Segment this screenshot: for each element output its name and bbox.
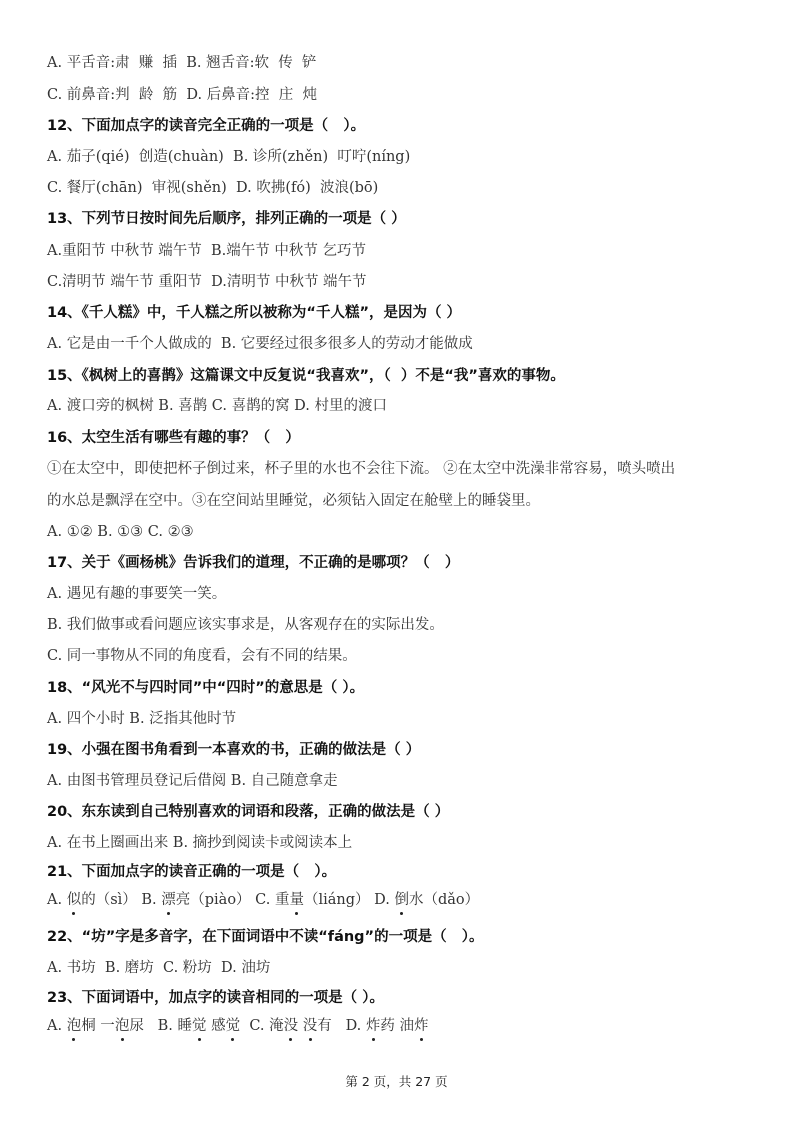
text-segment: 的（sì） B. bbox=[81, 892, 161, 908]
text-segment: 水（dǎo） bbox=[409, 892, 479, 908]
option-text: A. 似的（sì） B. 漂亮（piào） C. 重量（liáng） D. 倒水… bbox=[47, 890, 479, 910]
option-text: 的水总是飘浮在空中。③在空间站里睡觉，必须钻入固定在舱壁上的睡袋里。 bbox=[47, 491, 540, 511]
text-segment: 药 油 bbox=[380, 1018, 414, 1034]
emphasis-dot-char: 没 bbox=[303, 1016, 318, 1036]
question-text: 18、“风光不与四时同”中“四时”的意思是（ ）。 bbox=[47, 678, 364, 698]
emphasis-dot-char: 觉 bbox=[226, 1016, 241, 1036]
text-segment: 感 bbox=[207, 1018, 226, 1034]
emphasis-dot-char: 泡 bbox=[115, 1016, 130, 1036]
emphasis-dot-char: 炸 bbox=[414, 1016, 429, 1036]
option-text: B. 我们做事或看问题应该实事求是，从客观存在的实际出发。 bbox=[47, 615, 444, 635]
option-text: A. ①② B. ①③ C. ②③ bbox=[47, 522, 194, 542]
emphasis-dot-char: 倒 bbox=[394, 890, 409, 910]
text-segment: （liáng） D. bbox=[304, 892, 394, 908]
question-text: 16、太空生活有哪些有趣的事？（ ） bbox=[47, 428, 300, 448]
emphasis-dot-char: 似 bbox=[67, 890, 82, 910]
text-segment: C. 淹 bbox=[240, 1018, 284, 1034]
text-segment: 桐 一 bbox=[81, 1018, 115, 1034]
option-text: C.清明节 端午节 重阳节 D.清明节 中秋节 端午节 bbox=[47, 272, 367, 292]
question-text: 23、下面词语中，加点字的读音相同的一项是（ ）。 bbox=[47, 988, 384, 1008]
question-text: 21、下面加点字的读音正确的一项是（ ）。 bbox=[47, 862, 336, 882]
text-segment: 尿 B. 睡 bbox=[129, 1018, 192, 1034]
question-text: 13、下列节日按时间先后顺序，排列正确的一项是（ ） bbox=[47, 209, 406, 229]
option-text: A. 遇见有趣的事要笑一笑。 bbox=[47, 584, 226, 604]
question-text: 19、小强在图书角看到一本喜欢的书，正确的做法是（ ） bbox=[47, 740, 420, 760]
option-text: A. 书坊 B. 磨坊 C. 粉坊 D. 油坊 bbox=[47, 958, 270, 978]
text-segment: 亮（piào） C. 重 bbox=[176, 892, 290, 908]
emphasis-dot-char: 漂 bbox=[161, 890, 176, 910]
option-text: A. 茄子(qié) 创造(chuàn) B. 诊所(zhěn) 叮咛(níng… bbox=[47, 147, 410, 167]
question-text: 14、《千人糕》中，千人糕之所以被称为“千人糕”，是因为（ ） bbox=[47, 303, 461, 323]
option-text: A. 四个小时 B. 泛指其他时节 bbox=[47, 709, 236, 729]
option-text: A. 渡口旁的枫树 B. 喜鹊 C. 喜鹊的窝 D. 村里的渡口 bbox=[47, 396, 387, 416]
text-segment: 有 D. bbox=[317, 1018, 366, 1034]
option-text: A. 泡桐 一泡尿 B. 睡觉 感觉 C. 淹没 没有 D. 炸药 油炸 bbox=[47, 1016, 429, 1036]
option-text: A.重阳节 中秋节 端午节 B.端午节 中秋节 乞巧节 bbox=[47, 241, 366, 261]
option-text: A. 在书上圈画出来 B. 摘抄到阅读卡或阅读本上 bbox=[47, 833, 352, 853]
option-text: A. 它是由一千个人做成的 B. 它要经过很多很多人的劳动才能做成 bbox=[47, 334, 473, 354]
option-text: A. 平舌音:肃 赚 插 B. 翘舌音:软 传 铲 bbox=[47, 53, 316, 73]
text-segment: A. bbox=[47, 892, 67, 908]
text-segment: A. bbox=[47, 1018, 67, 1034]
question-text: 20、东东读到自己特别喜欢的词语和段落，正确的做法是（ ） bbox=[47, 802, 449, 822]
option-text: ①在太空中，即使把杯子倒过来，杯子里的水也不会往下流。 ②在太空中洗澡非常容易，… bbox=[47, 459, 675, 479]
question-text: 22、“坊”字是多音字，在下面词语中不读“fáng”的一项是（ ）。 bbox=[47, 927, 484, 947]
emphasis-dot-char: 炸 bbox=[366, 1016, 381, 1036]
option-text: C. 同一事物从不同的角度看，会有不同的结果。 bbox=[47, 646, 357, 666]
question-text: 15、《枫树上的喜鹊》这篇课文中反复说“我喜欢”，（ ）不是“我”喜欢的事物。 bbox=[47, 366, 565, 386]
emphasis-dot-char: 没 bbox=[284, 1016, 299, 1036]
option-text: C. 前鼻音:判 龄 筋 D. 后鼻音:控 庄 炖 bbox=[47, 85, 317, 105]
emphasis-dot-char: 觉 bbox=[192, 1016, 207, 1036]
emphasis-dot-char: 泡 bbox=[67, 1016, 82, 1036]
option-text: A. 由图书管理员登记后借阅 B. 自己随意拿走 bbox=[47, 771, 338, 791]
page-footer: 第 2 页，共 27 页 bbox=[0, 1072, 793, 1090]
question-text: 12、下面加点字的读音完全正确的一项是（ ）。 bbox=[47, 116, 365, 136]
question-text: 17、关于《画杨桃》告诉我们的道理，不正确的是哪项？（ ） bbox=[47, 553, 459, 573]
option-text: C. 餐厅(chān) 审视(shěn) D. 吹拂(fó) 波浪(bō) bbox=[47, 178, 378, 198]
emphasis-dot-char: 量 bbox=[289, 890, 304, 910]
